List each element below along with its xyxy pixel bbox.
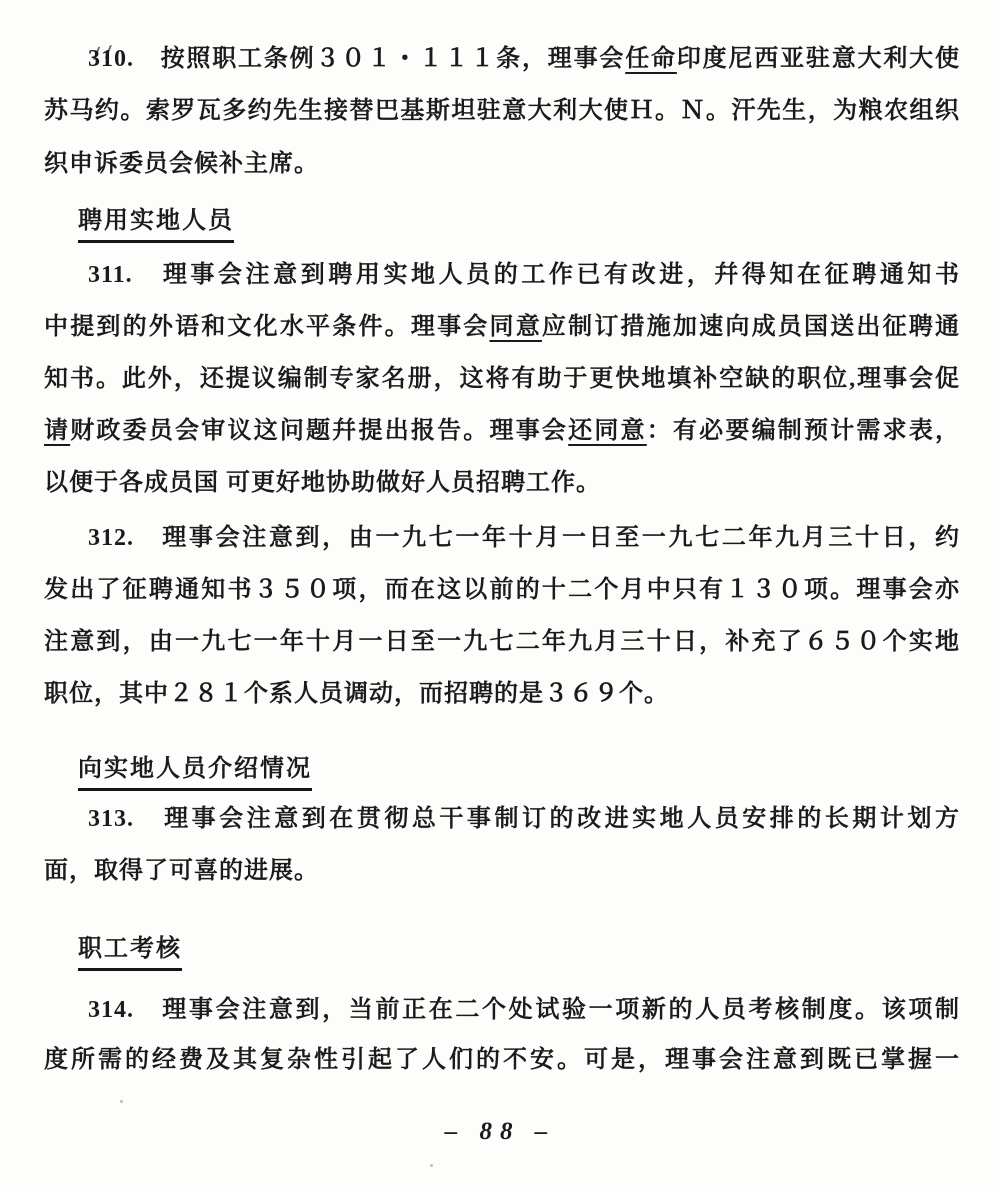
text-line: 请财政委员会审议这问题幷提出报告。理事会还同意：有必要编制预计需求表，: [44, 414, 960, 448]
section-heading-field-briefing: 向实地人员介绍情况: [78, 748, 312, 791]
text-line: 织申诉委员会候补主席。: [44, 147, 960, 181]
underlined-term: 同意: [490, 314, 542, 340]
text-line: 313. 理事会注意到在贯彻总干事制订的改进实地人员安排的长期计划方: [44, 802, 960, 836]
text-line: 以便于各成员国 可更好地协助做好人员招聘工作。: [44, 466, 960, 500]
section-heading-field-recruitment: 聘用实地人员: [78, 200, 234, 243]
scan-speck: [430, 1164, 433, 1167]
heading-text: 聘用实地人员: [78, 200, 234, 243]
text-line: 注意到，由一九七一年十月一日至一九七二年九月三十日，补充了６５０个实地: [44, 625, 960, 659]
text-line: 中提到的外语和文化水平条件。理事会同意应制订措施加速向成员国送出征聘通: [44, 310, 960, 344]
text-line: 311. 理事会注意到聘用实地人员的工作已有改进，幷得知在征聘通知书: [44, 258, 960, 292]
text-line: 面，取得了可喜的进展。: [44, 854, 960, 888]
underlined-term: 请: [44, 418, 70, 444]
scan-speck: [930, 320, 933, 323]
document-page: 310. 按照职工条例３０１・１１１条，理事会任命印度尼西亚驻意大利大使 苏马约…: [0, 0, 1000, 1192]
text-line: 314. 理事会注意到，当前正在二个处试验一项新的人员考核制度。该项制: [44, 993, 960, 1027]
text-line: 知书。此外，还提议编制专家名册，这将有助于更快地填补空缺的职位,理事会促: [44, 362, 960, 396]
scan-speck: [120, 1100, 123, 1103]
text-line: 度所需的经费及其复杂性引起了人们的不安。可是，理事会注意到既已掌握一: [44, 1043, 960, 1077]
underlined-term: 还同意: [568, 418, 647, 444]
section-heading-staff-appraisal: 职工考核: [78, 928, 182, 971]
text-segment: 财政委员会审议这问题幷提出报告。理事会: [70, 418, 568, 444]
page-number: – 88 –: [0, 1118, 1000, 1146]
text-segment: 印度尼西亚驻意大利大使: [677, 46, 960, 72]
text-line: 310. 按照职工条例３０１・１１１条，理事会任命印度尼西亚驻意大利大使: [44, 42, 960, 76]
text-line: 苏马约。索罗瓦多约先生接替巴基斯坦驻意大利大使Ｈ。Ｎ。汗先生，为粮农组织: [44, 94, 960, 128]
text-line: 职位，其中２８１个系人员调动，而招聘的是３６９个。: [44, 677, 960, 711]
text-segment: 中提到的外语和文化水平条件。理事会: [44, 314, 490, 340]
text-line: 312. 理事会注意到，由一九七一年十月一日至一九七二年九月三十日，约: [44, 521, 960, 555]
underlined-term: 任命: [625, 46, 677, 72]
text-segment: 应制订措施加速向成员国送出征聘通: [542, 314, 960, 340]
text-segment: 310. 按照职工条例３０１・１１１条，理事会: [88, 46, 625, 72]
text-segment: ：有必要编制预计需求表，: [647, 418, 960, 444]
heading-text: 职工考核: [78, 928, 182, 971]
text-line: 发出了征聘通知书３５０项，而在这以前的十二个月中只有１３０项。理事会亦: [44, 573, 960, 607]
heading-text: 向实地人员介绍情况: [78, 748, 312, 791]
